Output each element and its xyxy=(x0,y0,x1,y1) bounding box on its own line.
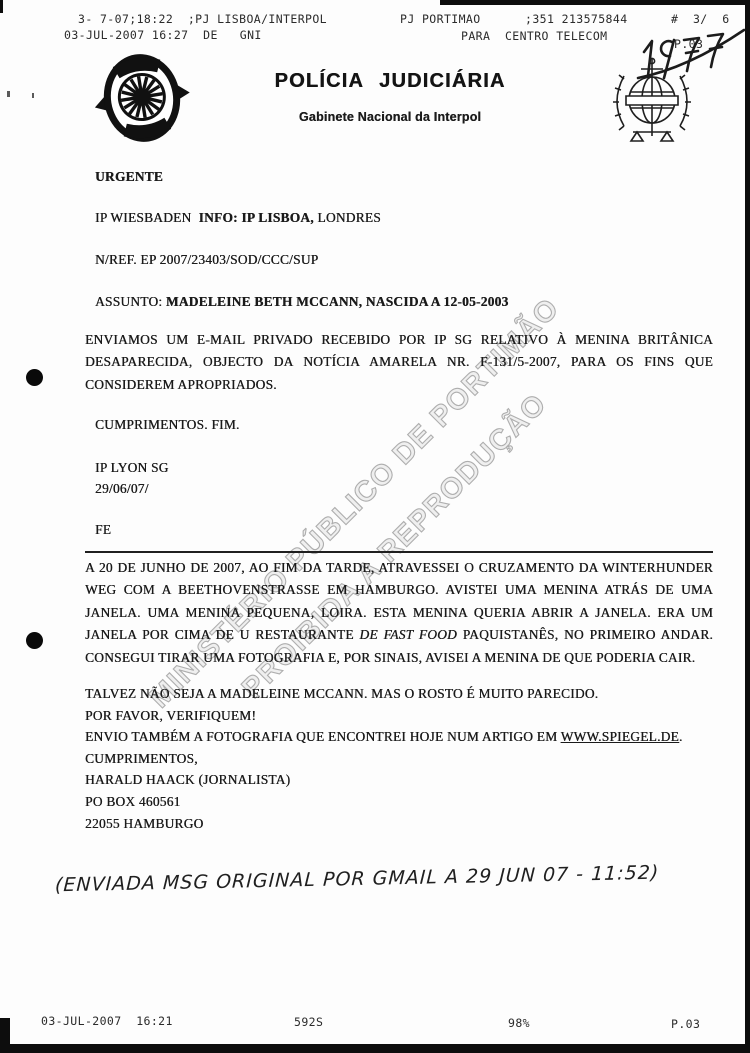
sender-line: IP LYON SG xyxy=(95,457,169,479)
quoted-email-footer-block: TALVEZ NÃO SEJA A MADELEINE MCCANN. MAS … xyxy=(85,683,730,834)
scan-edge-top-bar xyxy=(440,0,750,5)
addressee-info: INFO: IP LISBOA, xyxy=(199,210,314,225)
fax-header-pages: # 3/ 6 xyxy=(671,12,730,26)
reference-line: N/REF. EP 2007/23403/SOD/CCC/SUP xyxy=(95,249,318,271)
photo-line-text: ENVIO TAMBÉM A FOTOGRAFIA QUE ENCONTREI … xyxy=(85,729,561,744)
urgency-label: URGENTE xyxy=(95,166,163,188)
handwritten-note: (ENVIADA MSG ORIGINAL POR GMAIL A 29 JUN… xyxy=(55,862,660,897)
regards-line: CUMPRIMENTOS, xyxy=(85,748,730,770)
fax-header-route: 3- 7-07;18:22 ;PJ LISBOA/INTERPOL xyxy=(78,12,327,26)
photo-line: ENVIO TAMBÉM A FOTOGRAFIA QUE ENCONTREI … xyxy=(85,726,730,748)
author-line: HARALD HAACK (JORNALISTA) xyxy=(85,769,730,791)
addressee-prefix: IP WIESBADEN xyxy=(95,210,199,225)
org-title: POLÍCIA JUDICIÁRIA xyxy=(205,70,575,93)
photo-line-end: . xyxy=(679,729,683,744)
scan-speck xyxy=(32,93,34,98)
addressee-line: IP WIESBADEN INFO: IP LISBOA, LONDRES xyxy=(95,207,381,229)
interpol-emblem-icon xyxy=(602,52,702,154)
fax-footer-quality: 98% xyxy=(508,1016,530,1030)
scan-edge-right-strip xyxy=(745,0,750,1053)
city-line: 22055 HAMBURGO xyxy=(85,813,730,835)
fax-header-station: PJ PORTIMAO xyxy=(400,12,481,26)
org-subtitle: Gabinete Nacional da Interpol xyxy=(205,110,575,124)
hole-punch-mark xyxy=(26,369,43,386)
fax-footer-code: 592S xyxy=(294,1015,323,1029)
fax-header-number: ;351 213575844 xyxy=(525,12,628,26)
fax-footer-page: P.03 xyxy=(671,1017,700,1031)
message-body-paragraph: ENVIAMOS UM E-MAIL PRIVADO RECEBIDO POR … xyxy=(85,329,713,396)
operator-initials: FE xyxy=(95,519,111,541)
pj-badge-logo-icon xyxy=(92,50,192,146)
subject-value: MADELEINE BETH MCCANN, NASCIDA A 12-05-2… xyxy=(166,294,509,309)
scan-edge-bottom-bar xyxy=(8,1044,750,1053)
sighting-fast-food: DE FAST FOOD xyxy=(359,627,457,642)
quoted-sighting-paragraph: A 20 DE JUNHO DE 2007, AO FIM DA TARDE, … xyxy=(85,551,713,669)
closing-line: CUMPRIMENTOS. FIM. xyxy=(95,414,240,436)
fax-header-from: 03-JUL-2007 16:27 DE GNI xyxy=(64,28,262,42)
fax-page: 3- 7-07;18:22 ;PJ LISBOA/INTERPOL PJ POR… xyxy=(0,0,750,1053)
doubt-line: TALVEZ NÃO SEJA A MADELEINE MCCANN. MAS … xyxy=(85,683,730,705)
subject-label: ASSUNTO: xyxy=(95,294,166,309)
fax-header-to: PARA CENTRO TELECOM xyxy=(461,29,607,43)
verify-line: POR FAVOR, VERIFIQUEM! xyxy=(85,705,730,727)
hole-punch-mark xyxy=(26,632,43,649)
scan-speck xyxy=(7,91,10,97)
scan-edge-left-tick xyxy=(0,0,3,13)
sent-date-line: 29/06/07/ xyxy=(95,478,149,500)
letterhead: POLÍCIA JUDICIÁRIA Gabinete Nacional da … xyxy=(205,70,575,124)
addressee-suffix: LONDRES xyxy=(314,210,381,225)
po-box-line: PO BOX 460561 xyxy=(85,791,730,813)
spiegel-url: WWW.SPIEGEL.DE xyxy=(561,729,679,744)
subject-line: ASSUNTO: MADELEINE BETH MCCANN, NASCIDA … xyxy=(95,291,508,313)
fax-footer-datetime: 03-JUL-2007 16:21 xyxy=(41,1014,173,1028)
